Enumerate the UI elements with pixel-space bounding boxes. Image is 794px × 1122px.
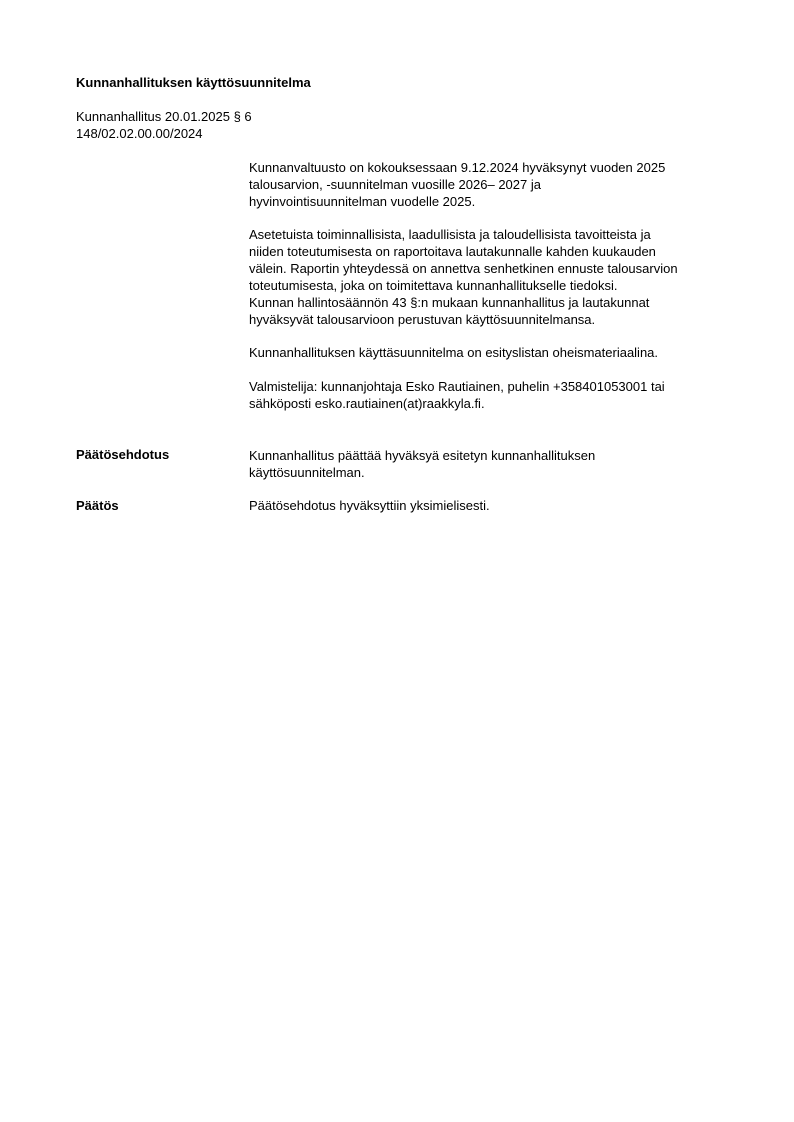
text-line: hyväksyvät talousarvioon perustuvan käyt…	[249, 311, 729, 328]
proposal-text: Kunnanhallitus päättää hyväksyä esitetyn…	[249, 447, 729, 481]
text-line: Kunnanhallituksen käyttäsuunnitelma on e…	[249, 344, 729, 361]
text-line: välein. Raportin yhteydessä on annettva …	[249, 260, 729, 277]
text-line: talousarvion, -suunnitelman vuosille 202…	[249, 176, 729, 193]
document-title: Kunnanhallituksen käyttösuunnitelma	[76, 74, 311, 91]
text-line: toteutumisesta, joka on toimitettava kun…	[249, 277, 729, 294]
record-id: 148/02.02.00.00/2024	[76, 125, 252, 142]
text-line: hyvinvointisuunnitelman vuodelle 2025.	[249, 193, 729, 210]
paragraph-preparer: Valmistelija: kunnanjohtaja Esko Rautiai…	[249, 378, 729, 412]
text-line: niiden toteutumisesta on raportoitava la…	[249, 243, 729, 260]
proposal-label: Päätösehdotus	[76, 446, 169, 463]
paragraph-budget-approval: Kunnanvaltuusto on kokouksessaan 9.12.20…	[249, 159, 729, 210]
text-line: Kunnan hallintosäännön 43 §:n mukaan kun…	[249, 294, 729, 311]
paragraph-reporting: Asetetuista toiminnallisista, laadullisi…	[249, 226, 729, 328]
meeting-reference: Kunnanhallitus 20.01.2025 § 6	[76, 108, 252, 125]
paragraph-attachment: Kunnanhallituksen käyttäsuunnitelma on e…	[249, 344, 729, 361]
text-line: Päätösehdotus hyväksyttiin yksimielisest…	[249, 497, 729, 514]
text-line: sähköposti esko.rautiainen(at)raakkyla.f…	[249, 395, 729, 412]
decision-text: Päätösehdotus hyväksyttiin yksimielisest…	[249, 497, 729, 514]
text-line: Valmistelija: kunnanjohtaja Esko Rautiai…	[249, 378, 729, 395]
text-line: Asetetuista toiminnallisista, laadullisi…	[249, 226, 729, 243]
decision-label: Päätös	[76, 497, 119, 514]
text-line: Kunnanhallitus päättää hyväksyä esitetyn…	[249, 447, 729, 464]
meeting-meta: Kunnanhallitus 20.01.2025 § 6 148/02.02.…	[76, 108, 252, 142]
text-line: Kunnanvaltuusto on kokouksessaan 9.12.20…	[249, 159, 729, 176]
text-line: käyttösuunnitelman.	[249, 464, 729, 481]
